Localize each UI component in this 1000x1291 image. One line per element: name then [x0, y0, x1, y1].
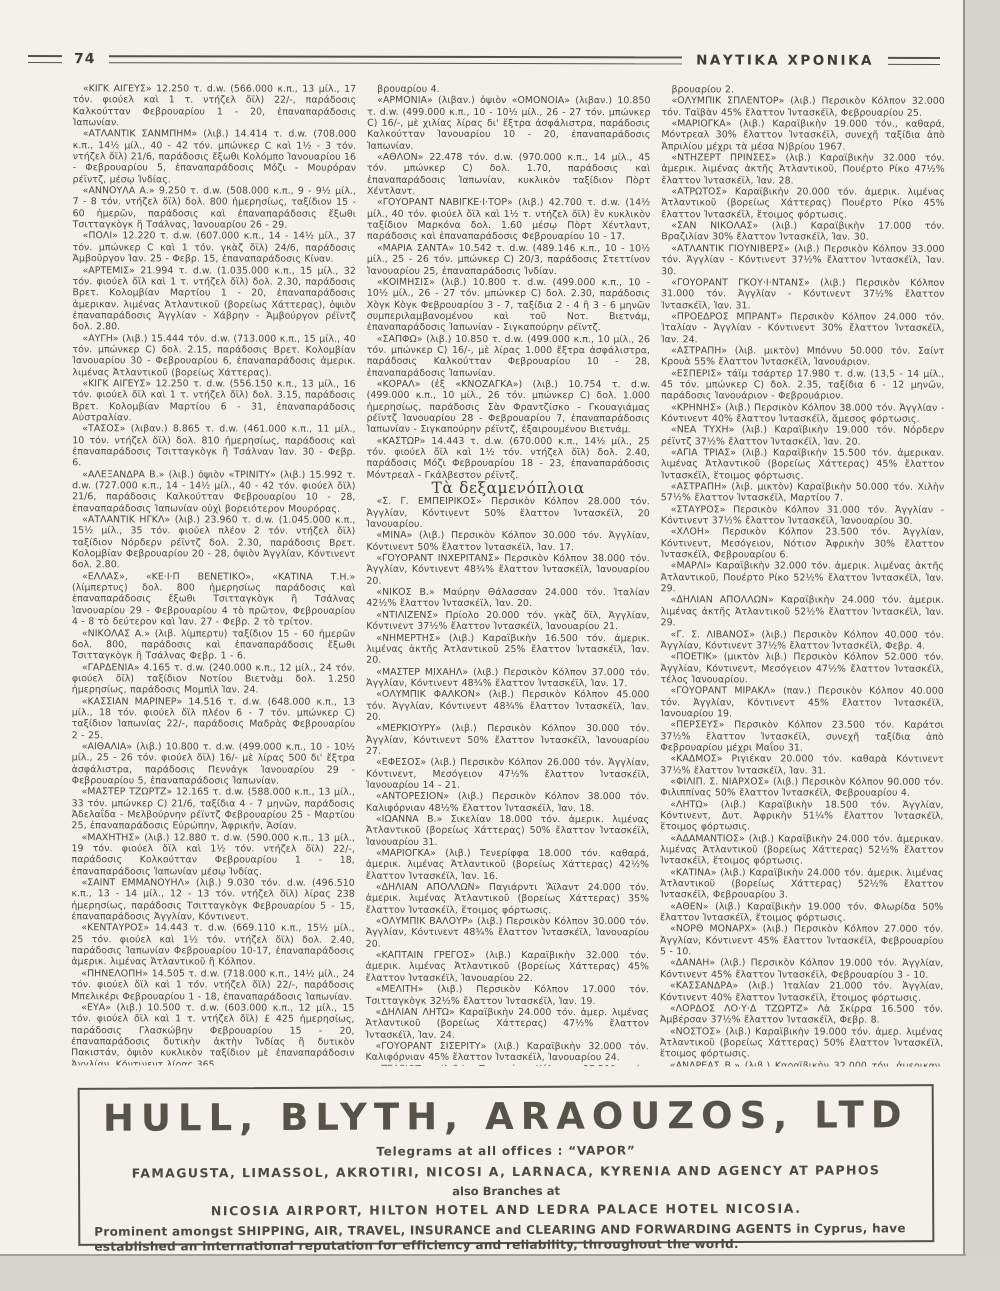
ship-entry: βρουαρίου 2.: [661, 84, 944, 96]
ship-entry: «ΕΥΑ» (λιβ.) 10.500 τ. d.w. (603.000 κ.π…: [71, 1002, 354, 1066]
magazine-title: ΝΑΥΤΙΚΑ ΧΡΟΝΙΚΑ: [696, 52, 874, 68]
ship-entry: «ΓΑΡΔΕΝΙΑ» 4.165 τ. d.w. (240.000 κ.π., …: [72, 662, 355, 697]
ship-entry: «ΚΑΠΤΑΙΝ ΓΡΕΓΟΣ» (λιβ.) Καραϊβικὴν 32.00…: [366, 950, 649, 985]
ship-entry: «ΚΕΝΤΑΥΡΟΣ» 14.443 τ. d.w. (669.110 κ.π.…: [71, 923, 354, 969]
ship-entry: «ΑΝΤΟΡΕΣΙΟΝ» (λιβ.) Περσικὸν Κόλπον 38.0…: [366, 791, 649, 814]
scan-margin-bottom: [0, 1256, 1000, 1291]
column-2-charter-entries: βρουαρίου 4.«ΑΡΜΟΝΙΑ» (λιβαν.) ὀψιὸν «ΟΜ…: [366, 84, 650, 482]
ship-entry: «ΚΙΓΚ ΑΙΓΕΥΣ» 12.250 τ. d.w. (556.150 κ.…: [72, 378, 355, 424]
ship-entry: «ΦΙΛΙΠ. Σ. ΝΙΑΡΧΟΣ» (λιβ.) Περσικὸν Κόλπ…: [660, 776, 943, 799]
ship-entry: «ΔΗΛΙΑΝ ΑΠΟΛΛΩΝ» Παγιάρντι Ἄϊλαντ 24.000…: [366, 882, 649, 917]
ship-entry: «ΜΑΡΙΑ ΣΑΝΤΑ» 10.542 τ. d.w. (489.146 κ.…: [367, 243, 650, 278]
ship-entry: «ΑΔΑΜΑΝΤΙΟΣ» (λιβ.) Καραϊβικὴν 24.000 τό…: [660, 833, 943, 868]
ship-entry: «ΟΛΥΜΠΙΚ ΣΠΛΕΝΤΟΡ» (λιβ.) Περσικὸν Κόλπο…: [661, 96, 944, 119]
advertisement-hull-blyth: HULL, BLYTH, ARAOUZOS, LTD Telegrams at …: [78, 1084, 935, 1246]
ship-entry: «ΚΑΤΙΝΑ» (λιβ.) Καραϊβικὴν 24.000 τόν. ἀ…: [660, 867, 943, 902]
ship-entry: «ΜΑΧΗΤΗΣ» (λιβ.) 12.880 τ. d.w. (590.000…: [71, 832, 354, 878]
ship-entry: «ΝΟΡΘ ΜΟΝΑΡΧ» (λιβ.) Περσικὸν Κόλπον 27.…: [660, 924, 943, 959]
ship-entry: «Σ. Γ. ΕΜΠΕΙΡΙΚΟΣ» Περσικὸν Κόλπον 28.00…: [366, 496, 649, 531]
text-columns: «ΚΙΓΚ ΑΙΓΕΥΣ» 12.250 τ. d.w. (566.000 κ.…: [71, 83, 945, 1067]
ship-entry: «ΕΛΛΑΣ», «ΚΕ·Ι·Π ΒΕΝΕΤΙΚΟ», «ΚΑΤΙΝΑ Τ.Η.…: [72, 571, 355, 628]
ship-entry: «ΣΤΑΥΡΟΣ» Περσικὸν Κόλπον 31.000 τόν. Ἀγ…: [661, 504, 944, 527]
ship-entry: «ΠΗΝΕΛΟΠΗ» 14.505 τ. d.w. (718.000 κ.π.,…: [71, 968, 354, 1003]
ship-entry: «ΑΥΓΗ» (λιβ.) 15.444 τόν. d.w. (713.000 …: [72, 333, 355, 379]
ship-entry: «ΝΤΗΖΕΡΤ ΠΡΙΝΣΕΣ» (λιβ.) Καραϊβικὴν 32.0…: [661, 152, 944, 187]
ship-entry: «ΜΕΡΚΙΟΥΡΥ» (λιβ.) Περσικὸν Κόλπον 30.00…: [366, 723, 649, 758]
ship-entry: «ΓΟΥΟΡΑΝΤ ΣΙΣΕΡΙΤΥ» (λιβ.) Καραϊβικὴν 32…: [365, 1041, 648, 1064]
ship-entry: «ΤΣΑΡΙΟΤ» (λιβ.) Περσικὸν Κόλπον 37.500 …: [365, 1063, 648, 1066]
ship-entry: «ΓΟΥΟΡΑΝΤ ΝΑΒΙΓΚΕ·Ι·ΤΟΡ» (λιβ.) 42.700 τ…: [367, 197, 650, 243]
ship-entry: «ΑΡΤΕΜΙΣ» 21.994 τ. d.w. (1.035.000 κ.π.…: [72, 265, 355, 334]
ship-entry: «ΧΛΟΗ» Περσικὸν Κόλπον 23.500 τόν. Ἀγγλί…: [661, 527, 944, 562]
ad-branches-label: also Branches at: [80, 1182, 932, 1200]
ship-entry: «ΓΟΥΟΡΑΝΤ ΙΝΧΕΡΙΤΑΝΣ» Περσικὸν Κόλπον 38…: [366, 553, 649, 588]
ship-entry: «ΚΑΔΜΟΣ» Ριγιέκαν 20.000 τόν. καθαρὰ Κόν…: [660, 754, 943, 777]
ad-offices-line: FAMAGUSTA, LIMASSOL, AKROTIRI, NICOSI A,…: [80, 1162, 932, 1181]
ship-entry: «ΠΟΛΙ» 12.220 τ. d.w. (607.000 κ.π., 14 …: [73, 231, 356, 266]
ship-entry: «ΝΗΜΕΡΤΗΣ» (λιβ.) Καραϊβικὴν 16.500 τόν.…: [366, 632, 649, 667]
ship-entry: «ΣΑΙΝΤ ΕΜΜΑΝΟΥΗΛ» (λιβ.) 9.030 τόν. d.w.…: [71, 877, 354, 923]
ship-entry: «ΚΟΙΜΗΣΙΣ» (λιβ.) 10.800 τ. d.w. (499.00…: [367, 277, 650, 334]
header-rule-right: [888, 57, 940, 65]
page-header: 74 ΝΑΥΤΙΚΑ ΧΡΟΝΙΚΑ: [28, 51, 940, 69]
ship-entry: «ΑΣΤΡΑΠΗ» (λιβ. μικτὸν) Μπόννυ 50.000 τό…: [661, 345, 944, 368]
column-2-tanker-entries: «Σ. Γ. ΕΜΠΕΙΡΙΚΟΣ» Περσικὸν Κόλπον 28.00…: [365, 496, 649, 1066]
ship-entry: βρουαρίου 4.: [367, 84, 650, 96]
ship-entry: «ΜΕΛΙΤΗ» (λιβ.) Περσικὸν Κόλπον 17.000 τ…: [366, 984, 649, 1007]
ship-entry: «ΜΑΡΙΟΓΚΑ» (λιβ.) Καραϊβικὴν 19.000 τόν.…: [661, 118, 944, 153]
ship-entry: «ΜΙΝΑ» (λιβ.) Περσικὸν Κόλπον 30.000 τόν…: [366, 530, 649, 553]
ship-entry: «ΑΤΡΩΤΟΣ» Καραϊβικὴν 20.000 τόν. ἀμερικ.…: [661, 186, 944, 221]
ship-entry: «ΝΤΙΛΙΖΕΝΣ» Πρίολο 20.000 τόν. γκὰζ ὄϊλ,…: [366, 610, 649, 633]
ad-branches-line: NICOSIA AIRPORT, HILTON HOTEL AND LEDRA …: [80, 1200, 932, 1219]
ship-entry: «ΙΩΑΝΝΑ Β.» Σικελίαν 18.000 τόν. ἀμερικ.…: [366, 814, 649, 849]
ship-entry: «ΣΑΝ ΝΙΚΟΛΑΣ» (λιβ.) Καραϊβικὴν 17.000 τ…: [661, 220, 944, 243]
ship-entry: «ΑΘΛΟΝ» 22.478 τόν. d.w. (970.000 κ.π., …: [367, 152, 650, 198]
ship-entry: «ΑΤΛΑΝΤΙΚ ΗΓΚΛ» (λιβ.) 23.960 τ. d.w. (1…: [72, 514, 355, 571]
column-2: βρουαρίου 4.«ΑΡΜΟΝΙΑ» (λιβαν.) ὀψιὸν «ΟΜ…: [365, 84, 650, 1066]
ship-entry: «ΑΡΜΟΝΙΑ» (λιβαν.) ὀψιὸν «ΟΜΟΝΟΙΑ» (λιβα…: [367, 95, 650, 152]
ship-entry: «ΔΗΛΙΑΝ ΛΗΤΩ» Καραϊβικὴν 24.000 τόν. ἀμε…: [366, 1007, 649, 1042]
ship-entry: «ΑΣΤΡΑΠΗ» (λιβ. μικτὸν) Καραϊβικὴν 50.00…: [661, 481, 944, 504]
ship-entry: «ΠΕΡΣΕΥΣ» Περσικὸν Κόλπον 23.500 τόν. Κα…: [660, 720, 943, 755]
ship-entry: «ΠΡΟΕΔΡΟΣ ΜΠΡΑΝΤ» Περσικὸν Κόλπον 24.000…: [661, 311, 944, 346]
header-rule-middle: [109, 55, 682, 64]
ship-entry: «ΚΡΗΝΗΣ» (λιβ.) Περσικὸν Κόλπον 38.000 τ…: [661, 402, 944, 425]
ship-entry: «ΚΙΓΚ ΑΙΓΕΥΣ» 12.250 τ. d.w. (566.000 κ.…: [73, 83, 356, 129]
ship-entry: «ΑΤΛΑΝΤΙΚ ΣΑΝΜΠΗΜ» (λιβ.) 14.414 τ. d.w.…: [73, 129, 356, 186]
ship-entry: «ΣΑΠΦΩ» (λιβ.) 10.850 τ. d.w. (499.000 κ…: [367, 333, 650, 379]
ship-entry: «ΝΙΚΟΛΑΣ Α.» (λιβ. λίμπερτυ) ταξίδιον 15…: [72, 628, 355, 663]
tankers-section-heading: Τὰ δεξαμενόπλοια: [366, 483, 649, 495]
ship-entry: «ΚΑΣΤΩΡ» 14.443 τ. d.w. (670.000 κ.π., 1…: [366, 435, 649, 481]
ship-entry: «ΑΙΘΑΛΙΑ» (λιβ.) 10.800 τ. d.w. (499.000…: [72, 741, 355, 787]
ship-entry: «ΟΛΥΜΠΙΚ ΒΑΛΟΥΡ» (λιβ.) Περσικὸν Κόλπον …: [366, 916, 649, 951]
ship-entry: «ΜΑΣΤΕΡ ΜΙΧΑΗΛ» (λιβ.) Περσικὸν Κόλπον 3…: [366, 666, 649, 689]
ship-entry: «ΕΣΠΕΡΙΣ» τάϊμ τσάρτερ 17.980 τ. d.w. (1…: [661, 368, 944, 403]
ship-entry: «Γ. Σ. ΛΙΒΑΝΟΣ» (λιβ.) Περσικὸν Κόλπον 4…: [661, 629, 944, 652]
ship-entry: «ΑΓΙΑ ΤΡΙΑΣ» (λιβ.) Καραϊβικὴν 15.500 τό…: [661, 447, 944, 482]
scan-margin-right: [965, 0, 1000, 1291]
ship-entry: «ΑΘΕΝ» (λιβ.) Καραϊβικὴν 19.000 τόν. Φλω…: [660, 901, 943, 924]
header-rule-left: [28, 55, 62, 63]
ship-entry: «ΚΑΣΣΑΝΔΡΑ» (λιβ.) Ἰταλίαν 21.000 τόν. Ἀ…: [660, 980, 943, 1003]
ship-entry: «ΑΛΕΞΑΝΔΡΑ Β.» (λιβ.) ὀψιὸν «ΤΡΙΝΙΤΥ» (λ…: [72, 469, 355, 515]
page-edge-line-horizontal: [0, 1254, 966, 1256]
ship-entry: «ΠΟΕΤΙΚ» (μικτὸν λιβ.) Περσικὸν Κόλπον 5…: [660, 651, 943, 686]
ship-entry: «ΤΑΣΟΣ» (λιβαν.) 8.865 τ. d.w. (461.000 …: [72, 424, 355, 470]
ship-entry: «ΓΟΥΟΡΑΝΤ ΜΙΡΑΚΛ» (παν.) Περσικὸν Κόλπον…: [660, 685, 943, 720]
magazine-page: 74 ΝΑΥΤΙΚΑ ΧΡΟΝΙΚΑ «ΚΙΓΚ ΑΙΓΕΥΣ» 12.250 …: [0, 0, 970, 1256]
ship-entry: «ΑΝΔΡΕΑΣ Β.» (λιβ.) Καραϊβικὴν 32.000 τό…: [660, 1060, 943, 1067]
ship-entry: «ΛΟΡΔΟΣ ΛΟ·Υ·Δ ΤΖΩΡΤΖ» Λὰ Σκίρρα 16.500 …: [660, 1003, 943, 1026]
ship-entry: «ΟΛΥΜΠΙΚ ΦΑΛΚΟΝ» (λιβ.) Περσικὸν Κόλπον …: [366, 689, 649, 724]
column-1: «ΚΙΓΚ ΑΙΓΕΥΣ» 12.250 τ. d.w. (566.000 κ.…: [71, 83, 356, 1065]
ship-entry: «ΝΟΣΤΟΣ» (λιβ.) Καραϊβικὴν 19.000 τόν. ἀ…: [660, 1026, 943, 1061]
ship-entry: «ΜΑΡΛΙ» Καραϊβικὴν 32.000 τόν. ἀμερικ. λ…: [661, 561, 944, 596]
ad-body-text: Prominent amongst SHIPPING, AIR, TRAVEL,…: [94, 1221, 918, 1255]
page-edge-line-vertical: [963, 0, 965, 1256]
ship-entry: «ΝΕΑ ΤΥΧΗ» (λιβ.) Καραϊβικὴν 19.000 τόν.…: [661, 425, 944, 448]
ad-company-name: HULL, BLYTH, ARAOUZOS, LTD: [80, 1095, 932, 1139]
ship-entry: «ΕΦΕΣΟΣ» (λιβ.) Περσικὸν Κόλπον 26.000 τ…: [366, 757, 649, 792]
column-3: βρουαρίου 2.«ΟΛΥΜΠΙΚ ΣΠΛΕΝΤΟΡ» (λιβ.) Πε…: [660, 84, 945, 1066]
ship-entry: «ΜΑΣΤΕΡ ΤΖΩΡΤΖ» 12.165 τ. d.w. (588.000 …: [72, 787, 355, 833]
ship-entry: «ΚΑΣΣΙΑΝ ΜΑΡΙΝΕΡ» 14.516 τ. d.w. (648.00…: [72, 696, 355, 742]
ship-entry: «ΝΙΚΟΣ Β.» Μαύρην Θάλασσαν 24.000 τόν. Ἰ…: [366, 587, 649, 610]
ship-entry: «ΛΗΤΩ» (λιβ.) Καραϊβικὴν 18.500 τόν. Ἀγγ…: [660, 799, 943, 834]
ship-entry: «ΑΤΛΑΝΤΙΚ ΓΙΟΥΝΙΒΕΡΣ» (λιβ.) Περσικὸν Κό…: [661, 243, 944, 278]
ship-entry: «ΔΑΝΑΗ» (λιβ.) Περσικὸν Κόλπον 19.000 τό…: [660, 958, 943, 981]
ship-entry: «ΚΟΡΑΛ» (ἐξ «ΚΝΟΖΑΓΚΑ») (λιβ.) 10.754 τ.…: [367, 379, 650, 436]
ship-entry: «ΑΝΝΟΥΛΑ Α.» 9.250 τ. d.w. (508.000 κ.π.…: [73, 185, 356, 231]
page-number: 74: [74, 51, 96, 67]
ad-telegrams-line: Telegrams at all offices : “VAPOR”: [80, 1142, 932, 1160]
ship-entry: «ΓΟΥΟΡΑΝΤ ΓΚΟΥ·Ι·ΝΤΑΝΣ» (λιβ.) Περσικὸν …: [661, 277, 944, 312]
ship-entry: «ΜΑΡΙΟΓΚΑ» (λιβ.) Τενερίφφα 18.000 τόν. …: [366, 848, 649, 883]
ship-entry: «ΔΗΛΙΑΝ ΑΠΟΛΛΩΝ» Καραϊβικὴν 24.000 τόν. …: [661, 595, 944, 630]
